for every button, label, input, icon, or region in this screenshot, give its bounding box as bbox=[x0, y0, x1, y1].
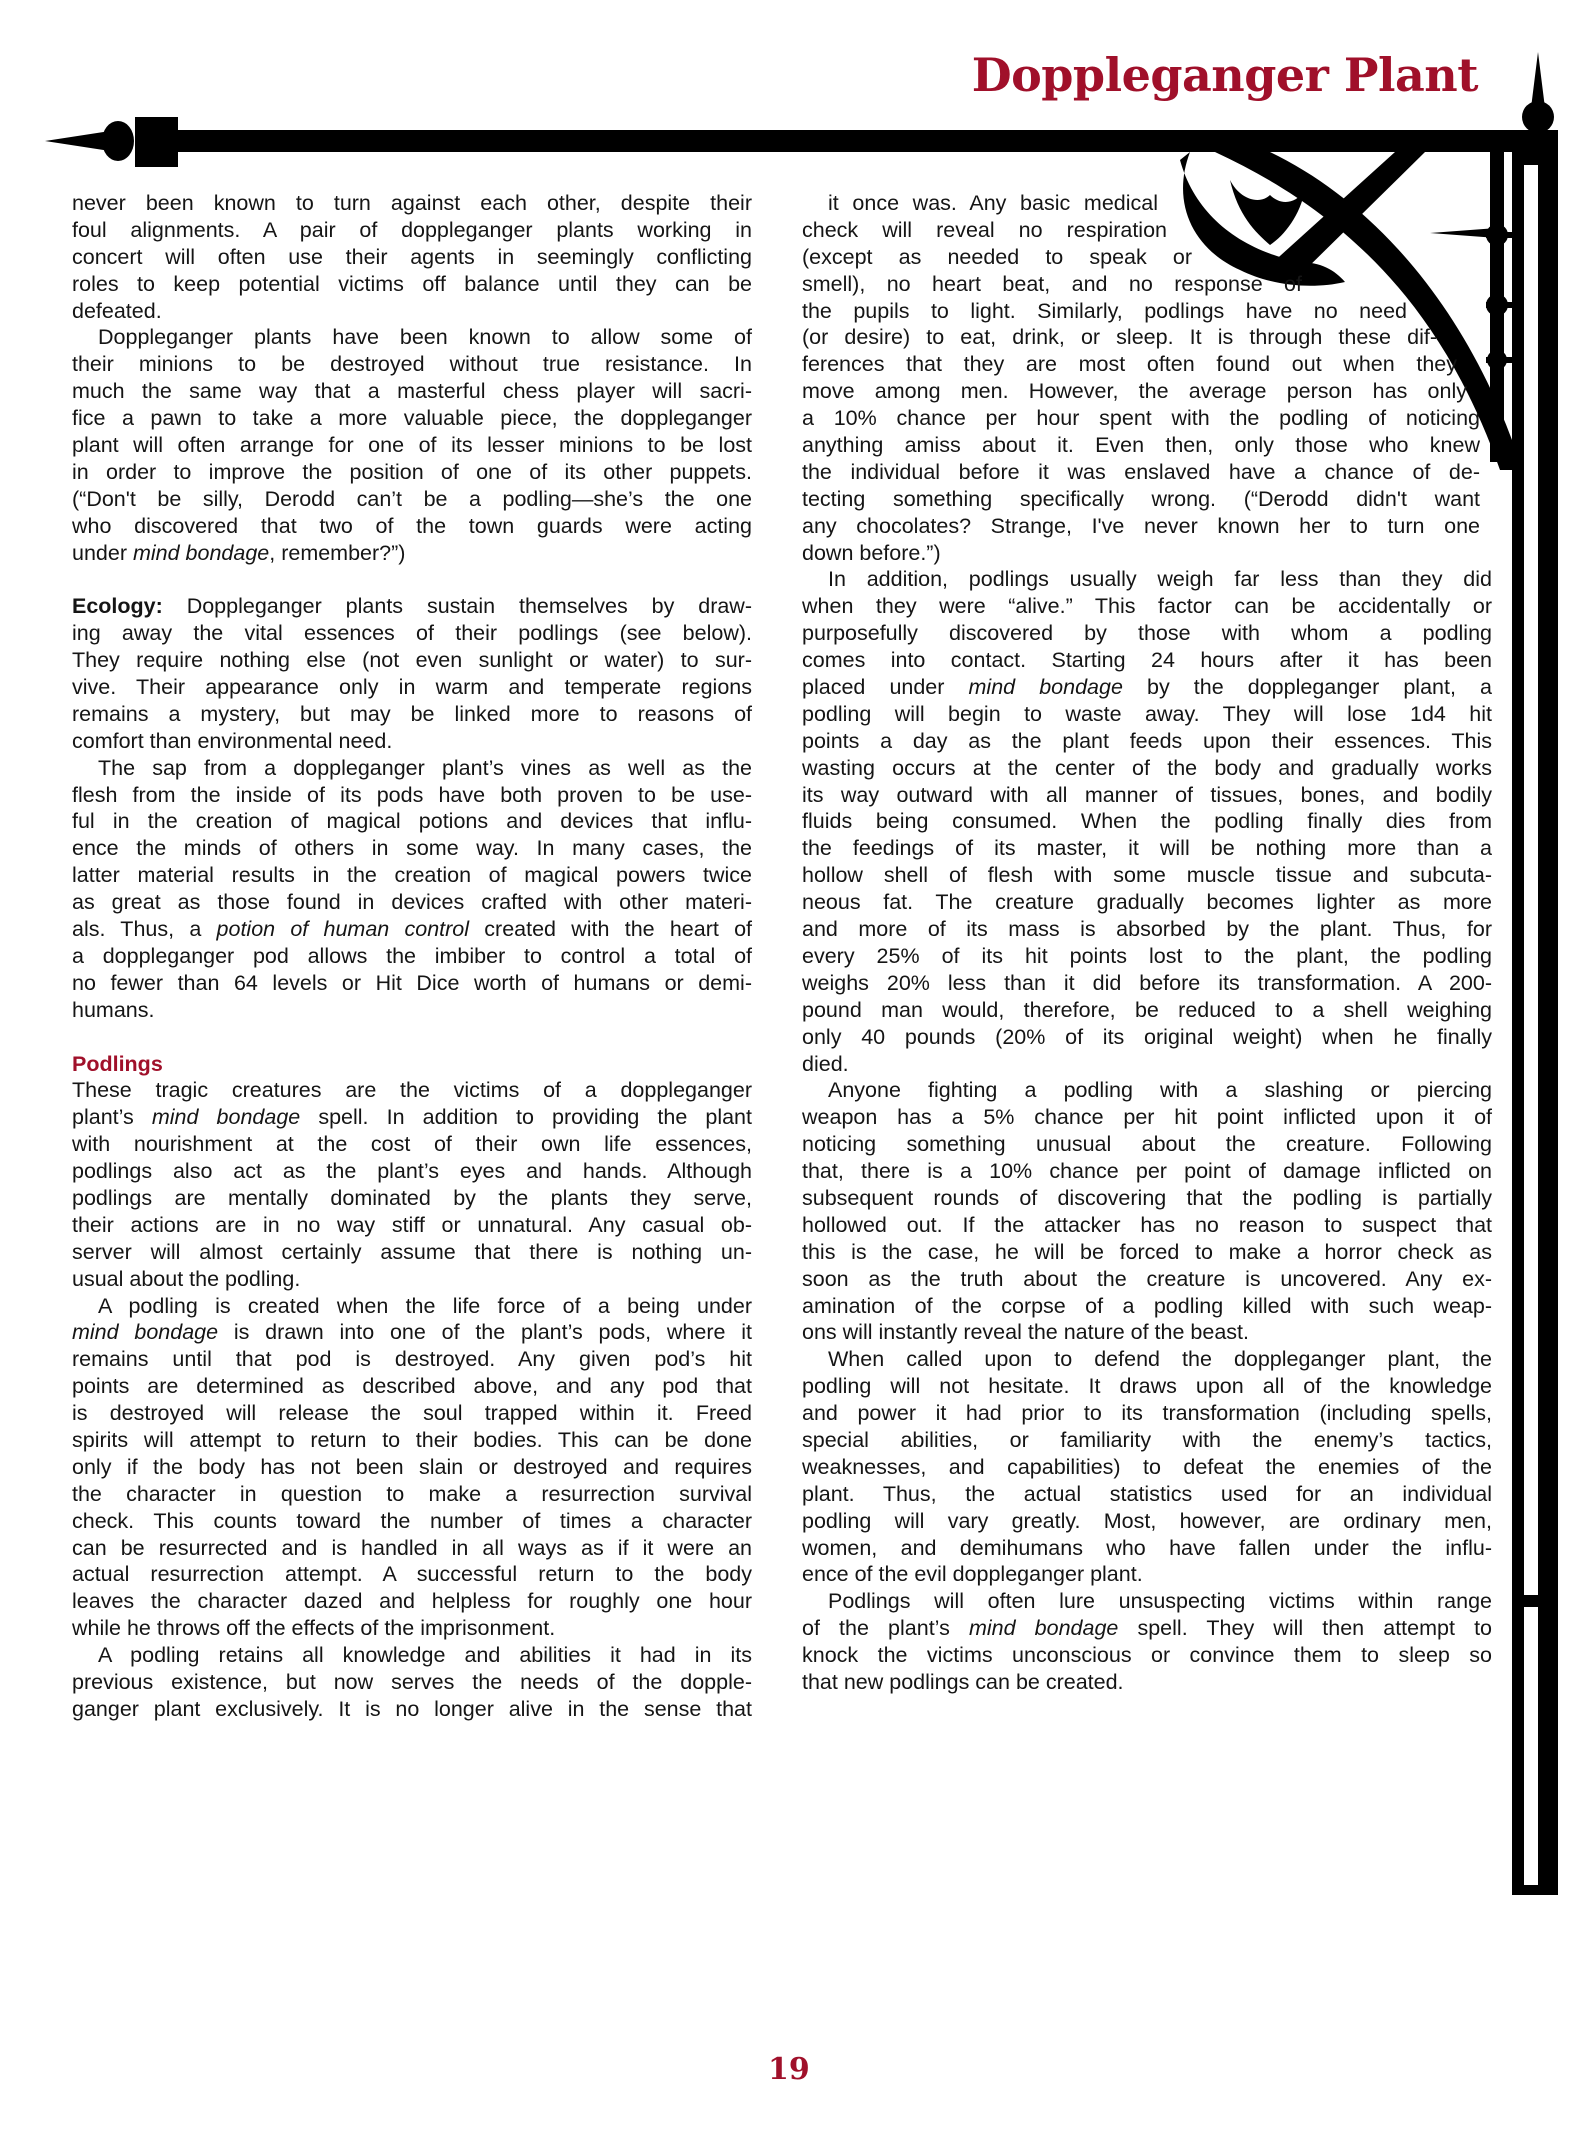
text-line: plant’s mind bondage spell. In addition … bbox=[72, 1104, 752, 1131]
page-title: Doppleganger Plant bbox=[972, 52, 1478, 98]
text-line: comes into contact. Starting 24 hours af… bbox=[802, 647, 1492, 674]
text-line: only if the body has not been slain or d… bbox=[72, 1454, 752, 1481]
text-line: smell), no heart beat, and no response o… bbox=[802, 271, 1302, 298]
text-line: A podling retains all knowledge and abil… bbox=[72, 1642, 752, 1669]
text-line: mind bondage is drawn into one of the pl… bbox=[72, 1319, 752, 1346]
text-line: the character in question to make a resu… bbox=[72, 1481, 752, 1508]
text-line: the feedings of its master, it will be n… bbox=[802, 835, 1492, 862]
text-line: placed under mind bondage by the doppleg… bbox=[802, 674, 1492, 701]
text-line: plant will often arrange for one of its … bbox=[72, 432, 752, 459]
text-line: A podling is created when the life force… bbox=[72, 1293, 752, 1320]
text-line: als. Thus, a potion of human control cre… bbox=[72, 916, 752, 943]
text-line: tecting something specifically wrong. (“… bbox=[802, 486, 1480, 513]
text-line: special abilities, or familiarity with t… bbox=[802, 1427, 1492, 1454]
arrowhead-icon bbox=[45, 131, 110, 151]
text-line: who discovered that two of the town guar… bbox=[72, 513, 752, 540]
text-line: Anyone fighting a podling with a slashin… bbox=[802, 1077, 1492, 1104]
text-line: ing away the vital essences of their pod… bbox=[72, 620, 752, 647]
text-line: Podlings will often lure unsuspecting vi… bbox=[802, 1588, 1492, 1615]
text-line: only 40 pounds (20% of its original weig… bbox=[802, 1024, 1492, 1051]
text-line: amination of the corpse of a podling kil… bbox=[802, 1293, 1492, 1320]
text-line: with nourishment at the cost of their ow… bbox=[72, 1131, 752, 1158]
text-line: latter material results in the creation … bbox=[72, 862, 752, 889]
text-line: ful in the creation of magical potions a… bbox=[72, 808, 752, 835]
text-line: ence the minds of others in some way. In… bbox=[72, 835, 752, 862]
page-number: 19 bbox=[768, 2052, 810, 2087]
text-line: weighs 20% less than it did before its t… bbox=[802, 970, 1492, 997]
paragraph-weight: In addition, podlings usually weigh far … bbox=[802, 566, 1492, 1077]
text-line: when they were “alive.” This factor can … bbox=[802, 593, 1492, 620]
spell-name: mind bondage bbox=[72, 1320, 218, 1344]
text-line: a doppleganger pod allows the imbiber to… bbox=[72, 943, 752, 970]
paragraph-podlings-intro: These tragic creatures are the victims o… bbox=[72, 1077, 752, 1292]
text-line: that, there is a 10% chance per point of… bbox=[802, 1158, 1492, 1185]
text-line: neous fat. The creature gradually become… bbox=[802, 889, 1492, 916]
paragraph-lure: Podlings will often lure unsuspecting vi… bbox=[802, 1588, 1492, 1696]
paragraph-defend: When called upon to defend the dopplegan… bbox=[802, 1346, 1492, 1588]
paragraph-retains: A podling retains all knowledge and abil… bbox=[72, 1642, 752, 1723]
text-line: previous existence, but now serves the n… bbox=[72, 1669, 752, 1696]
text-line: check. This counts toward the number of … bbox=[72, 1508, 752, 1535]
text-line: fice a pawn to take a more valuable piec… bbox=[72, 405, 752, 432]
text-line: while he throws off the effects of the i… bbox=[72, 1615, 752, 1642]
spell-name: mind bondage bbox=[969, 675, 1123, 699]
text-line: Ecology: Doppleganger plants sustain the… bbox=[72, 593, 752, 620]
text-line: Doppleganger plants have been known to a… bbox=[72, 324, 752, 351]
spell-name: mind bondage bbox=[133, 541, 269, 565]
text-line: podling will not hesitate. It draws upon… bbox=[802, 1373, 1492, 1400]
text-line: weaknesses, and capabilities) to defeat … bbox=[802, 1454, 1492, 1481]
text-line: any chocolates? Strange, I've never know… bbox=[802, 513, 1480, 540]
paragraph-alliance: never been known to turn against each ot… bbox=[72, 190, 752, 324]
text-line: roles to keep potential victims off bala… bbox=[72, 271, 752, 298]
text-line: much the same way that a masterful chess… bbox=[72, 378, 752, 405]
text-line: actual resurrection attempt. A successfu… bbox=[72, 1561, 752, 1588]
text-line: never been known to turn against each ot… bbox=[72, 190, 752, 217]
text-line: podling will vary greatly. Most, however… bbox=[802, 1508, 1492, 1535]
text-line: hollowed out. If the attacker has no rea… bbox=[802, 1212, 1492, 1239]
text-line: and power it had prior to its transforma… bbox=[802, 1400, 1492, 1427]
paragraph-sacrifice: Doppleganger plants have been known to a… bbox=[72, 324, 752, 566]
text-line: fluids being consumed. When the podling … bbox=[802, 808, 1492, 835]
text-line: soon as the truth about the creature is … bbox=[802, 1266, 1492, 1293]
text-line: ons will instantly reveal the nature of … bbox=[802, 1319, 1492, 1346]
text-line: pound man would, therefore, be reduced t… bbox=[802, 997, 1492, 1024]
text-line: foul alignments. A pair of doppleganger … bbox=[72, 217, 752, 244]
text-line: no fewer than 64 levels or Hit Dice wort… bbox=[72, 970, 752, 997]
text-line: spirits will attempt to return to their … bbox=[72, 1427, 752, 1454]
paragraph-medical: it once was. Any basic medical check wil… bbox=[802, 190, 1492, 566]
top-bar bbox=[176, 130, 1558, 152]
text-line: plant. Thus, the actual statistics used … bbox=[802, 1481, 1492, 1508]
text-line: can be resurrected and is handled in all… bbox=[72, 1535, 752, 1562]
bar-block bbox=[135, 117, 178, 167]
text-line: usual about the podling. bbox=[72, 1266, 752, 1293]
text-line: flesh from the inside of its pods have b… bbox=[72, 782, 752, 809]
paragraph-ecology: Ecology: Doppleganger plants sustain the… bbox=[72, 593, 752, 754]
right-post bbox=[1512, 130, 1558, 1895]
text-line: These tragic creatures are the victims o… bbox=[72, 1077, 752, 1104]
text-line: comfort than environmental need. bbox=[72, 728, 752, 755]
text-line: noticing something unusual about the cre… bbox=[802, 1131, 1492, 1158]
section-heading-podlings: Podlings bbox=[72, 1051, 752, 1078]
text-line: and more of its mass is absorbed by the … bbox=[802, 916, 1492, 943]
text-line: move among men. However, the average per… bbox=[802, 378, 1467, 405]
finial-ball-left bbox=[102, 121, 134, 161]
text-line: podling will begin to waste away. They w… bbox=[802, 701, 1492, 728]
text-line: under mind bondage, remember?”) bbox=[72, 540, 752, 567]
item-name: potion of human control bbox=[217, 917, 470, 941]
text-line: defeated. bbox=[72, 298, 752, 325]
text-line: its way outward with all manner of tissu… bbox=[802, 782, 1492, 809]
text-line: remains a mystery, but may be linked mor… bbox=[72, 701, 752, 728]
text-line: of the plant’s mind bondage spell. They … bbox=[802, 1615, 1492, 1642]
text-line: server will almost certainly assume that… bbox=[72, 1239, 752, 1266]
text-line: ferences that they are most often found … bbox=[802, 351, 1457, 378]
text-line: knock the victims unconscious or convinc… bbox=[802, 1642, 1492, 1669]
text-line: remains until that pod is destroyed. Any… bbox=[72, 1346, 752, 1373]
text-line: women, and demihumans who have fallen un… bbox=[802, 1535, 1492, 1562]
text-line: died. bbox=[802, 1051, 1492, 1078]
text-line: their actions are in no way stiff or unn… bbox=[72, 1212, 752, 1239]
text-line: wasting occurs at the center of the body… bbox=[802, 755, 1492, 782]
text-line: a 10% chance per hour spent with the pod… bbox=[802, 405, 1480, 432]
text-line: (or desire) to eat, drink, or sleep. It … bbox=[802, 324, 1437, 351]
text-line: is destroyed will release the soul trapp… bbox=[72, 1400, 752, 1427]
text-line: vive. Their appearance only in warm and … bbox=[72, 674, 752, 701]
text-line: purposefully discovered by those with wh… bbox=[802, 620, 1492, 647]
spacer bbox=[72, 566, 752, 593]
text-line: points a day as the plant feeds upon the… bbox=[802, 728, 1492, 755]
text-line: humans. bbox=[72, 997, 752, 1024]
spire-icon bbox=[1531, 52, 1545, 108]
paragraph-fighting: Anyone fighting a podling with a slashin… bbox=[802, 1077, 1492, 1346]
text-line: weapon has a 5% chance per hit point inf… bbox=[802, 1104, 1492, 1131]
text-line: (“Don't be silly, Derodd can’t be a podl… bbox=[72, 486, 752, 513]
spacer bbox=[72, 1024, 752, 1051]
text-line: subsequent rounds of discovering that th… bbox=[802, 1185, 1492, 1212]
text-line: ganger plant exclusively. It is no longe… bbox=[72, 1696, 752, 1723]
text-line: When called upon to defend the dopplegan… bbox=[802, 1346, 1492, 1373]
text-line: concert will often use their agents in s… bbox=[72, 244, 752, 271]
spell-name: mind bondage bbox=[152, 1105, 300, 1129]
text-line: down before.”) bbox=[802, 540, 1492, 567]
text-line: The sap from a doppleganger plant’s vine… bbox=[72, 755, 752, 782]
text-line: in order to improve the position of one … bbox=[72, 459, 752, 486]
text-line: this is the case, he will be forced to m… bbox=[802, 1239, 1492, 1266]
text-line: it once was. Any basic medical bbox=[802, 190, 1158, 217]
text-line: ence of the evil doppleganger plant. bbox=[802, 1561, 1492, 1588]
right-column: it once was. Any basic medical check wil… bbox=[802, 190, 1492, 1696]
text-line: podlings are mentally dominated by the p… bbox=[72, 1185, 752, 1212]
finial-ball-right bbox=[1522, 101, 1554, 133]
text-line: anything amiss about it. Even then, only… bbox=[802, 432, 1480, 459]
text-line: (except as needed to speak or bbox=[802, 244, 1192, 271]
text-line: as great as those found in devices craft… bbox=[72, 889, 752, 916]
text-line: In addition, podlings usually weigh far … bbox=[802, 566, 1492, 593]
text-line: the individual before it was enslaved ha… bbox=[802, 459, 1480, 486]
text-line: check will reveal no respiration bbox=[802, 217, 1167, 244]
text-line: the pupils to light. Similarly, podlings… bbox=[802, 298, 1407, 325]
left-column: never been known to turn against each ot… bbox=[72, 190, 752, 1723]
paragraph-sap: The sap from a doppleganger plant’s vine… bbox=[72, 755, 752, 1024]
text-line: every 25% of its hit points lost to the … bbox=[802, 943, 1492, 970]
text-line: their minions to be destroyed without tr… bbox=[72, 351, 752, 378]
text-line: that new podlings can be created. bbox=[802, 1669, 1492, 1696]
text-line: points are determined as described above… bbox=[72, 1373, 752, 1400]
text-line: hollow shell of flesh with some muscle t… bbox=[802, 862, 1492, 889]
ecology-label: Ecology: bbox=[72, 594, 163, 618]
text-line: podlings also act as the plant’s eyes an… bbox=[72, 1158, 752, 1185]
text-line: leaves the character dazed and helpless … bbox=[72, 1588, 752, 1615]
text-line: They require nothing else (not even sunl… bbox=[72, 647, 752, 674]
spell-name: mind bondage bbox=[969, 1616, 1118, 1640]
paragraph-creation: A podling is created when the life force… bbox=[72, 1293, 752, 1643]
